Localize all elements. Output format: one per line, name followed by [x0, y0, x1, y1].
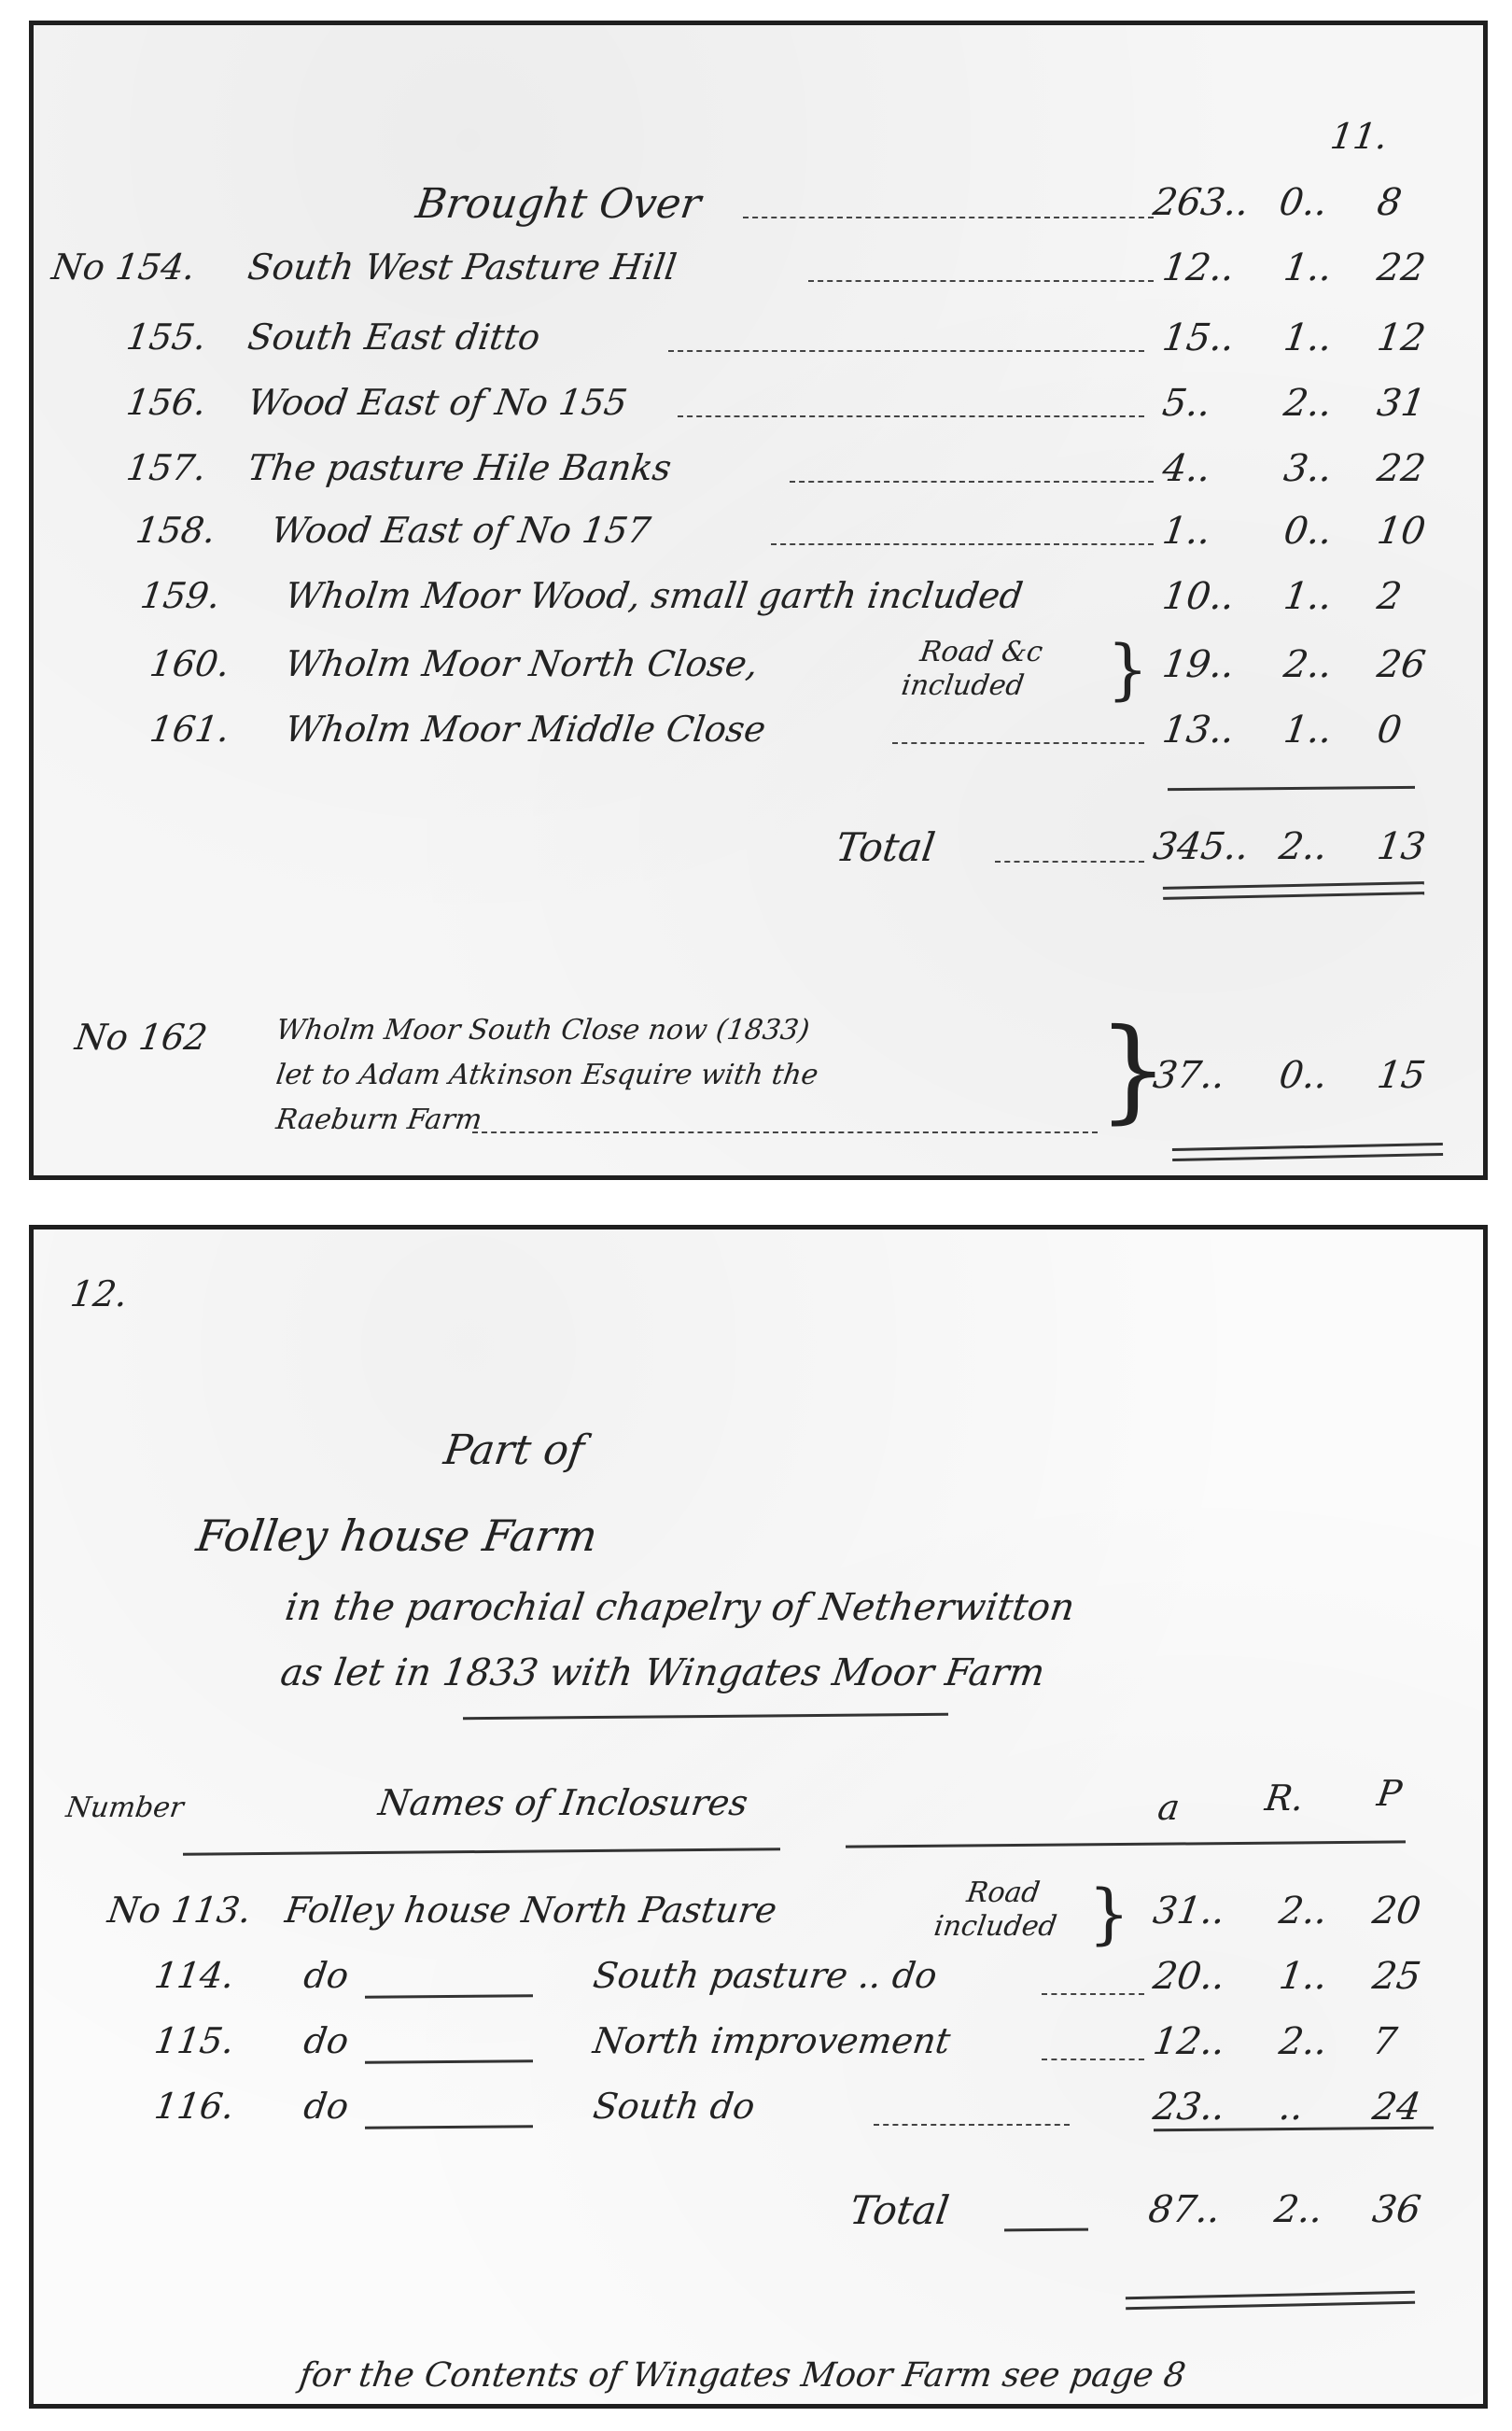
ditto-line — [365, 2059, 533, 2064]
acres: 1.. — [1160, 513, 1213, 550]
column-header-roods: R. — [1263, 1780, 1306, 1816]
entry-number: 160. — [147, 646, 231, 682]
enclosure-name: Wood East of No 155 — [245, 385, 629, 420]
roods: 0.. — [1277, 184, 1330, 221]
double-rule — [1172, 1143, 1443, 1161]
entry-number: 159. — [138, 578, 222, 613]
leader-line — [1004, 2228, 1088, 2232]
roods: 1.. — [1281, 249, 1335, 287]
acres: 12.. — [1151, 2023, 1227, 2060]
acres: 12.. — [1160, 249, 1237, 287]
enclosure-name: Wholm Moor Wood, small garth included — [283, 578, 1025, 613]
perches: 12 — [1375, 319, 1428, 357]
leader-line — [1042, 2059, 1144, 2060]
ditto-mark: do — [301, 2023, 351, 2059]
leader-line — [995, 861, 1144, 863]
roods: 0.. — [1277, 1057, 1330, 1094]
entry-number: 158. — [133, 513, 217, 548]
ditto-mark: do — [301, 1958, 351, 1993]
total-acres: 345.. — [1151, 828, 1251, 865]
enclosure-name: South East ditto — [245, 319, 542, 355]
roods: 2.. — [1277, 1892, 1330, 1930]
manuscript-page-12: 12. Part of Folley house Farm in the par… — [29, 1225, 1488, 2409]
header-rule — [183, 1848, 780, 1856]
perches: 0 — [1375, 711, 1404, 749]
entry-line-3: Raeburn Farm — [274, 1106, 483, 1134]
heading-line-2: Folley house Farm — [194, 1514, 600, 1557]
column-header-names: Names of Inclosures — [376, 1785, 749, 1820]
acres: 13.. — [1160, 711, 1237, 749]
column-header-acres: a — [1155, 1790, 1182, 1825]
roods: 0.. — [1281, 513, 1335, 550]
entry-number: 114. — [152, 1958, 236, 1993]
roods: 1.. — [1281, 711, 1335, 749]
enclosure-name: Wholm Moor Middle Close — [283, 711, 767, 747]
note-bottom: included — [900, 672, 1026, 700]
perches: 22 — [1375, 249, 1428, 287]
perches: 10 — [1375, 513, 1428, 550]
entry-number: 157. — [124, 450, 208, 485]
acres: 31.. — [1151, 1892, 1227, 1930]
entry-line-1: Wholm Moor South Close now (1833) — [274, 1017, 811, 1045]
perches: 15 — [1375, 1057, 1428, 1094]
column-header-perches: P — [1375, 1776, 1404, 1811]
entry-number: 115. — [152, 2023, 236, 2059]
roods: 2.. — [1277, 2023, 1330, 2060]
perches: 31 — [1375, 385, 1428, 422]
leader-line — [790, 481, 1154, 483]
leader-line — [743, 217, 1154, 218]
total-roods: 2.. — [1277, 828, 1330, 865]
perches: 2 — [1375, 578, 1404, 615]
footnote: for the Contents of Wingates Moor Farm s… — [297, 2359, 1187, 2393]
entry-line-2: let to Adam Atkinson Esquire with the — [274, 1061, 820, 1089]
total-acres: 87.. — [1146, 2191, 1223, 2228]
double-rule — [1163, 881, 1424, 900]
enclosure-name: The pasture Hile Banks — [245, 450, 673, 485]
total-perches: 36 — [1370, 2191, 1423, 2228]
roods: 1.. — [1281, 319, 1335, 357]
header-rule — [846, 1840, 1406, 1848]
note-top: Road — [965, 1879, 1042, 1907]
acres: 37.. — [1151, 1057, 1227, 1094]
double-rule — [1126, 2291, 1415, 2310]
leader-line — [1042, 1993, 1144, 1995]
page-number: 11. — [1328, 119, 1390, 154]
acres: 263.. — [1151, 184, 1251, 221]
leader-line — [892, 742, 1144, 744]
enclosure-name: South West Pasture Hill — [245, 249, 679, 285]
roods: 2.. — [1281, 385, 1335, 422]
note-top: Road &c — [918, 639, 1044, 667]
entry-number: 116. — [152, 2088, 236, 2124]
perches: 8 — [1375, 184, 1404, 221]
column-header-number: Number — [64, 1794, 186, 1822]
acres: 19.. — [1160, 646, 1237, 683]
entry-number: No 113. — [105, 1892, 253, 1928]
acres: 23.. — [1151, 2088, 1227, 2126]
heading-rule — [463, 1713, 948, 1721]
perches: 26 — [1375, 646, 1428, 683]
leader-line — [678, 415, 1144, 417]
ditto-line — [365, 1994, 533, 1999]
perches: 24 — [1370, 2088, 1423, 2126]
roods: 1.. — [1277, 1958, 1330, 1995]
ditto-mark: do — [301, 2088, 351, 2124]
roods: 3.. — [1281, 450, 1335, 487]
leader-line — [668, 350, 1144, 352]
enclosure-name: Wood East of No 157 — [269, 513, 652, 548]
brace: } — [1107, 637, 1149, 702]
roods: 1.. — [1281, 578, 1335, 615]
perches: 25 — [1370, 1958, 1423, 1995]
brought-over-label: Brought Over — [413, 184, 704, 225]
enclosure-name: Wholm Moor North Close, — [283, 646, 760, 682]
perches: 7 — [1370, 2023, 1399, 2060]
roods: .. — [1277, 2088, 1306, 2126]
entry-number: 155. — [124, 319, 208, 355]
leader-line — [808, 280, 1154, 282]
enclosure-name: Folley house North Pasture — [283, 1892, 778, 1928]
heading-line-1: Part of — [441, 1430, 587, 1471]
perches: 20 — [1370, 1892, 1423, 1930]
total-label: Total — [833, 828, 937, 867]
total-perches: 13 — [1375, 828, 1428, 865]
leader-line — [874, 2124, 1070, 2126]
acres: 5.. — [1160, 385, 1213, 422]
enclosure-name: North improvement — [591, 2023, 952, 2059]
total-roods: 2.. — [1272, 2191, 1325, 2228]
ditto-line — [365, 2125, 533, 2129]
leader-line — [771, 543, 1154, 545]
perches: 22 — [1375, 450, 1428, 487]
enclosure-name: South pasture .. do — [591, 1958, 939, 1993]
page-number: 12. — [68, 1276, 130, 1312]
brace: } — [1088, 1881, 1130, 1946]
acres: 10.. — [1160, 578, 1237, 615]
note-bottom: included — [932, 1913, 1058, 1941]
manuscript-page-11: 11. Brought Over 263.. 0.. 8 No 154.Sout… — [29, 21, 1488, 1180]
enclosure-name: South do — [591, 2088, 757, 2124]
acres: 20.. — [1151, 1958, 1227, 1995]
entry-number: No 154. — [49, 249, 197, 285]
entry-number: 161. — [147, 711, 231, 747]
acres: 15.. — [1160, 319, 1237, 357]
roods: 2.. — [1281, 646, 1335, 683]
heading-line-3: in the parochial chapelry of Netherwitto… — [283, 1589, 1077, 1626]
sum-rule — [1168, 786, 1415, 791]
entry-number: No 162 — [73, 1019, 209, 1055]
acres: 4.. — [1160, 450, 1213, 487]
leader-line — [472, 1131, 1098, 1133]
total-label: Total — [847, 2191, 951, 2230]
entry-number: 156. — [124, 385, 208, 420]
heading-line-4: as let in 1833 with Wingates Moor Farm — [278, 1654, 1047, 1692]
